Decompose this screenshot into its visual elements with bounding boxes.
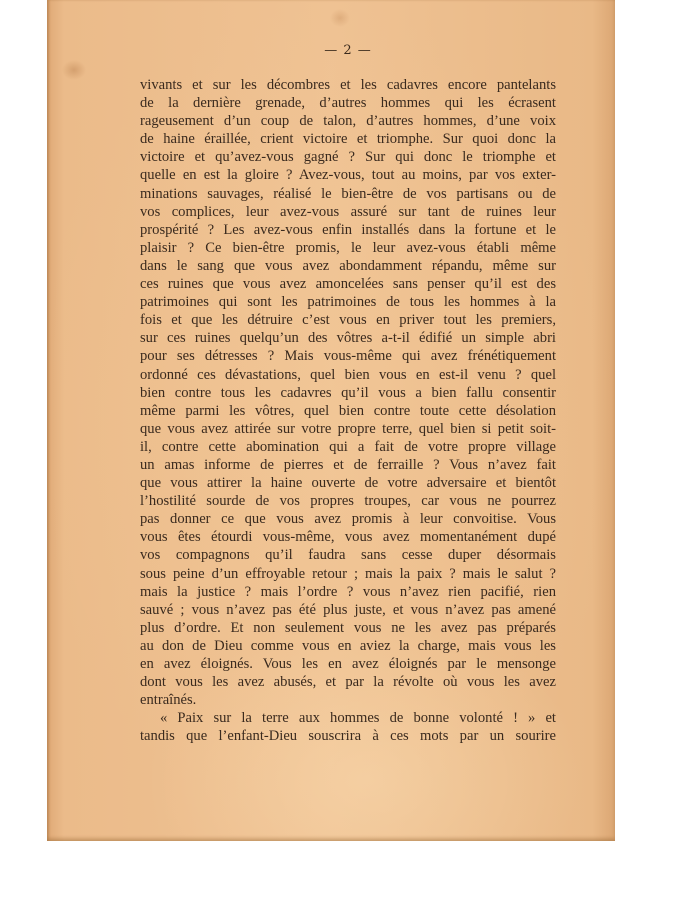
text-line: sur ces ruines quelqu’un des vôtres a-t-…: [140, 329, 556, 347]
text-line: l’hostilité sourde de vos propres troupe…: [140, 492, 556, 510]
text-line: patrimoines qui sont les patrimoines de …: [140, 293, 556, 311]
text-line: pas donner ce que vous avez promis à leu…: [140, 510, 556, 528]
text-line: dans le sang que vous avez abondamment r…: [140, 257, 556, 275]
text-line: vos compagnons qu’il faudra sans cesse d…: [140, 546, 556, 564]
text-line: tandis que l’enfant-Dieu souscrira à ces…: [140, 727, 556, 745]
text-line: en avez éloignés. Vous les en avez éloig…: [140, 655, 556, 673]
text-line: vivants et sur les décombres et les cada…: [140, 76, 556, 94]
text-line: de la dernière grenade, d’autres hommes …: [140, 94, 556, 112]
text-line: même parmi les vôtres, quel bien contre …: [140, 402, 556, 420]
text-line: sauvé ; vous n’avez pas été plus juste, …: [140, 601, 556, 619]
text-line: pour ses détresses ? Mais vous-même qui …: [140, 347, 556, 365]
text-line: « Paix sur la terre aux hommes de bonne …: [140, 709, 556, 727]
text-line: victoire et qu’avez-vous gagné ? Sur qui…: [140, 148, 556, 166]
text-line: vos complices, leur avez-vous assuré sur…: [140, 203, 556, 221]
text-line: dont vous les avez abusés, et par la rév…: [140, 673, 556, 691]
text-line: ordonné ces dévastations, quel bien vous…: [140, 366, 556, 384]
text-line: au don de Dieu comme vous en aviez la ch…: [140, 637, 556, 655]
text-line: minations sauvages, réalisé le bien-être…: [140, 185, 556, 203]
text-line: bien contre tous les cadavres qu’il vous…: [140, 384, 556, 402]
text-line: rageusement d’un coup de talon, d’autres…: [140, 112, 556, 130]
text-line: ces ruines que vous avez amoncelées sans…: [140, 275, 556, 293]
text-line: plaisir ? Ce bien-être promis, le leur a…: [140, 239, 556, 257]
text-line: prospérité ? Les avez-vous enfin install…: [140, 221, 556, 239]
body-text: vivants et sur les décombres et les cada…: [140, 76, 556, 745]
text-line: vous êtes étourdi vous-même, vous avez m…: [140, 528, 556, 546]
text-line: sous peine d’un effroyable retour ; mais…: [140, 565, 556, 583]
text-line: que vous avez attirée sur votre propre t…: [140, 420, 556, 438]
text-line: plus d’ordre. Et non seulement vous ne l…: [140, 619, 556, 637]
text-line: il, contre cette abomination qui a fait …: [140, 438, 556, 456]
text-line: entraînés.: [140, 691, 556, 709]
paragraph-2: « Paix sur la terre aux hommes de bonne …: [140, 709, 556, 745]
text-line: de haine éraillée, crient victoire et tr…: [140, 130, 556, 148]
text-line: que vous attirer la haine ouverte de vot…: [140, 474, 556, 492]
text-line: un amas informe de pierres et de ferrail…: [140, 456, 556, 474]
text-line: fois et que les détruire c’est vous en p…: [140, 311, 556, 329]
paragraph-1: vivants et sur les décombres et les cada…: [140, 76, 556, 709]
page-number: — 2 —: [0, 43, 696, 58]
text-line: quelle en est la gloire ? Avez-vous, tou…: [140, 166, 556, 184]
text-line: mais la justice ? mais l’ordre ? vous n’…: [140, 583, 556, 601]
